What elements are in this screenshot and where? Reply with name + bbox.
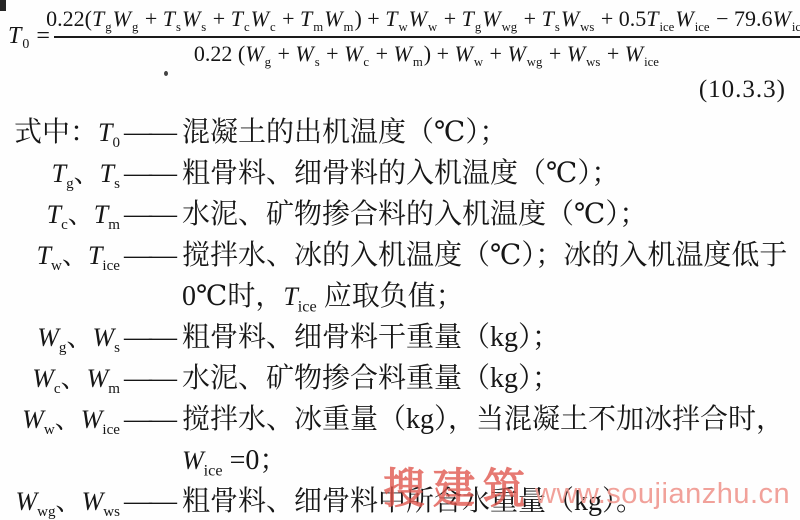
def-row-Wg-Ws: Wg、Ws —— 粗骨料、细骨料干重量（kg）；	[8, 317, 800, 358]
def-term: Wg、Ws	[8, 317, 120, 358]
def-row-Ww-Wice: Ww、Wice —— 搅拌水、冰重量（kg），当混凝土不加冰拌合时，	[8, 399, 800, 440]
def-dash: ——	[120, 399, 178, 440]
where-label: 式中：	[14, 117, 98, 148]
formula-block: T0 = 0.22(TgWg + TsWs + TcWc + TmWm) + T…	[8, 2, 800, 70]
def-row-T0: 式中：T0 —— 混凝土的出机温度（℃）；	[8, 112, 800, 153]
def-text: 粗骨料、细骨料的入机温度（℃）；	[178, 153, 800, 194]
def-term: Wc、Wm	[8, 358, 120, 399]
def-text-continuation: Wice =0；	[178, 440, 800, 481]
def-term: Tw、Tice	[8, 235, 120, 276]
formula-fraction: 0.22(TgWg + TsWs + TcWc + TmWm) + TwWw +…	[54, 2, 800, 70]
def-row-Wc-Wm: Wc、Wm —— 水泥、矿物掺合料重量（kg）；	[8, 358, 800, 399]
def-dash: ——	[120, 358, 178, 399]
def-dash: ——	[120, 112, 178, 153]
formula-denominator: 0.22 (Wg + Ws + Wc + Wm) + Ww + Wwg + Ww…	[194, 38, 660, 70]
def-text-continuation: 0℃时，Tice 应取负值；	[178, 276, 800, 317]
def-text: 粗骨料、细骨料干重量（kg）；	[178, 317, 800, 358]
def-dash: ——	[120, 481, 178, 520]
def-text: 混凝土的出机温度（℃）；	[178, 112, 800, 153]
scan-corner-artifact	[0, 0, 6, 11]
def-text: 水泥、矿物掺合料重量（kg）；	[178, 358, 800, 399]
def-dash: ——	[120, 153, 178, 194]
def-dash: ——	[120, 317, 178, 358]
def-term: Tg、Ts	[8, 153, 120, 194]
def-row-Tw-Tice-cont: 0℃时，Tice 应取负值；	[8, 276, 800, 317]
def-text: 粗骨料、细骨料中所含水重量（kg）。	[178, 481, 800, 520]
def-row-Ww-Wice-cont: Wice =0；	[8, 440, 800, 481]
formula-numerator: 0.22(TgWg + TsWs + TcWc + TmWm) + TwWw +…	[44, 2, 800, 36]
def-term: Wwg、Wws	[8, 481, 120, 520]
def-row-Tg-Ts: Tg、Ts —— 粗骨料、细骨料的入机温度（℃）；	[8, 153, 800, 194]
def-term: Ww、Wice	[8, 399, 120, 440]
def-dash: ——	[120, 194, 178, 235]
def-term: Tc、Tm	[8, 194, 120, 235]
def-dash: ——	[120, 235, 178, 276]
def-row-Tc-Tm: Tc、Tm —— 水泥、矿物掺合料的入机温度（℃）；	[8, 194, 800, 235]
def-row-Tw-Tice: Tw、Tice —— 搅拌水、冰的入机温度（℃）；冰的入机温度低于	[8, 235, 800, 276]
scan-speck-artifact	[164, 71, 168, 76]
definitions-list: 式中：T0 —— 混凝土的出机温度（℃）； Tg、Ts —— 粗骨料、细骨料的入…	[8, 112, 800, 520]
document-page: T0 = 0.22(TgWg + TsWs + TcWc + TmWm) + T…	[0, 0, 800, 520]
def-text: 搅拌水、冰的入机温度（℃）；冰的入机温度低于	[178, 235, 800, 276]
def-term-vars: T0	[98, 118, 120, 147]
def-row-Wwg-Wws: Wwg、Wws —— 粗骨料、细骨料中所含水重量（kg）。	[8, 481, 800, 520]
def-text: 水泥、矿物掺合料的入机温度（℃）；	[178, 194, 800, 235]
def-term: 式中：T0	[8, 112, 120, 153]
equation-number: (10.3.3)	[699, 76, 786, 104]
def-text: 搅拌水、冰重量（kg），当混凝土不加冰拌合时，	[178, 399, 800, 440]
